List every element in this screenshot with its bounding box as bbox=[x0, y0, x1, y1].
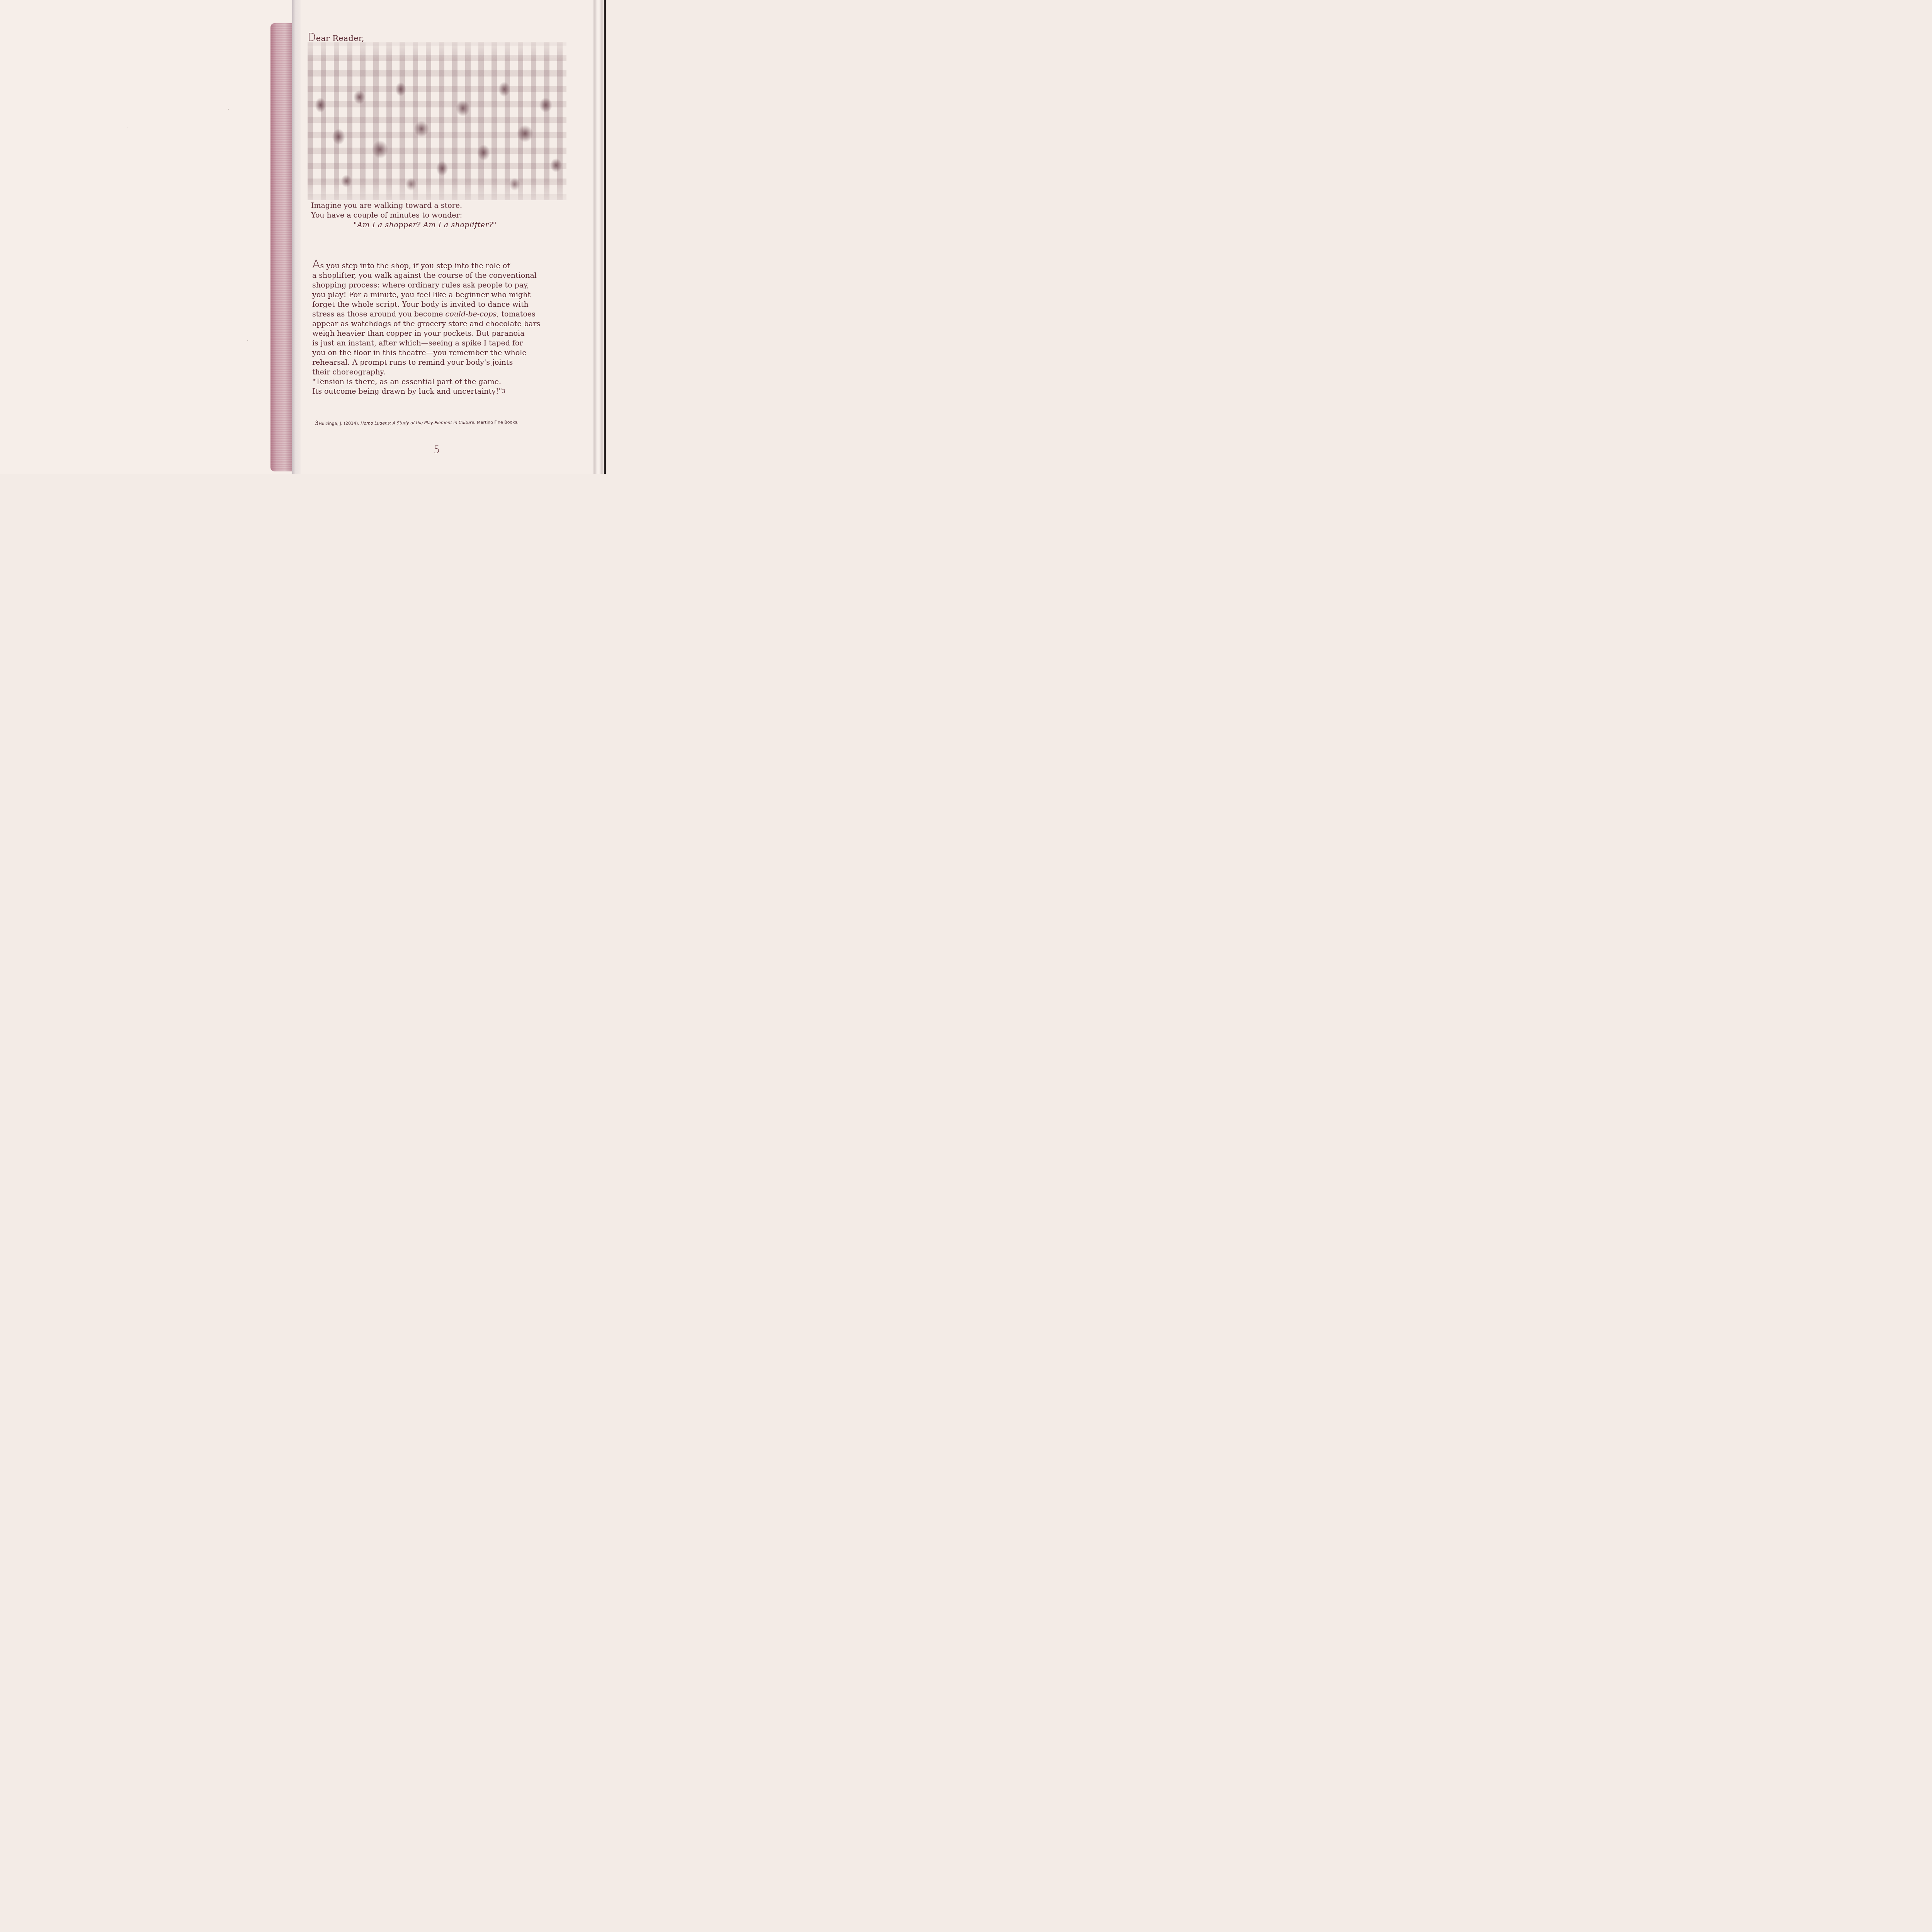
paper-speck bbox=[247, 340, 248, 341]
body-line: you play! For a minute, you feel like a … bbox=[312, 290, 567, 300]
footnote-publisher: Martino Fine Books. bbox=[476, 420, 519, 425]
footnote: 3Huizinga, J. (2014). Homo Ludens: A Stu… bbox=[315, 418, 519, 427]
book-spread: Dear Reader, Imagine you are walking tow… bbox=[0, 0, 606, 474]
paper-speck bbox=[128, 128, 128, 128]
italic-phrase: could-be-cops bbox=[445, 310, 497, 318]
page-edge-stack bbox=[592, 0, 604, 474]
body-dropcap: A bbox=[312, 258, 320, 271]
body-line: "Tension is there, as an essential part … bbox=[312, 377, 567, 387]
body-line: Its outcome being drawn by luck and unce… bbox=[312, 387, 567, 396]
body-line: their choreography. bbox=[312, 367, 567, 377]
footnote-title: Homo Ludens: A Study of the Play-Element… bbox=[361, 420, 476, 426]
body-line: rehearsal. A prompt runs to remind your … bbox=[312, 358, 567, 367]
ink-bleed-through-gutter bbox=[270, 23, 294, 471]
footnote-reference: 3 bbox=[502, 389, 505, 395]
intro-question: "Am I a shopper? Am I a shoplifter?" bbox=[311, 220, 497, 230]
left-page-blank bbox=[0, 0, 293, 474]
body-line: weigh heavier than copper in your pocket… bbox=[312, 329, 567, 338]
body-line: As you step into the shop, if you step i… bbox=[312, 260, 567, 271]
body-line: shopping process: where ordinary rules a… bbox=[312, 281, 567, 290]
footnote-author: Huizinga, J. (2014). bbox=[319, 421, 361, 426]
body-line: stress as those around you become could-… bbox=[312, 310, 567, 319]
halftone-illustration bbox=[308, 42, 566, 200]
page-number: 5 bbox=[434, 444, 440, 456]
body-paragraph: As you step into the shop, if you step i… bbox=[312, 260, 567, 396]
body-line: appear as watchdogs of the grocery store… bbox=[312, 319, 567, 329]
body-line: is just an instant, after which—seeing a… bbox=[312, 338, 567, 348]
body-line: a shoplifter, you walk against the cours… bbox=[312, 271, 567, 281]
intro-paragraph: Imagine you are walking toward a store. … bbox=[311, 201, 497, 230]
intro-line-2: You have a couple of minutes to wonder: bbox=[311, 211, 497, 220]
footnote-marker: 3 bbox=[315, 420, 319, 427]
body-line: you on the floor in this theatre—you rem… bbox=[312, 348, 567, 358]
body-line: forget the whole script. Your body is in… bbox=[312, 300, 567, 310]
cover-edge bbox=[604, 0, 606, 474]
intro-line-1: Imagine you are walking toward a store. bbox=[311, 201, 497, 211]
book-gutter bbox=[292, 0, 301, 474]
paper-speck bbox=[228, 109, 229, 110]
